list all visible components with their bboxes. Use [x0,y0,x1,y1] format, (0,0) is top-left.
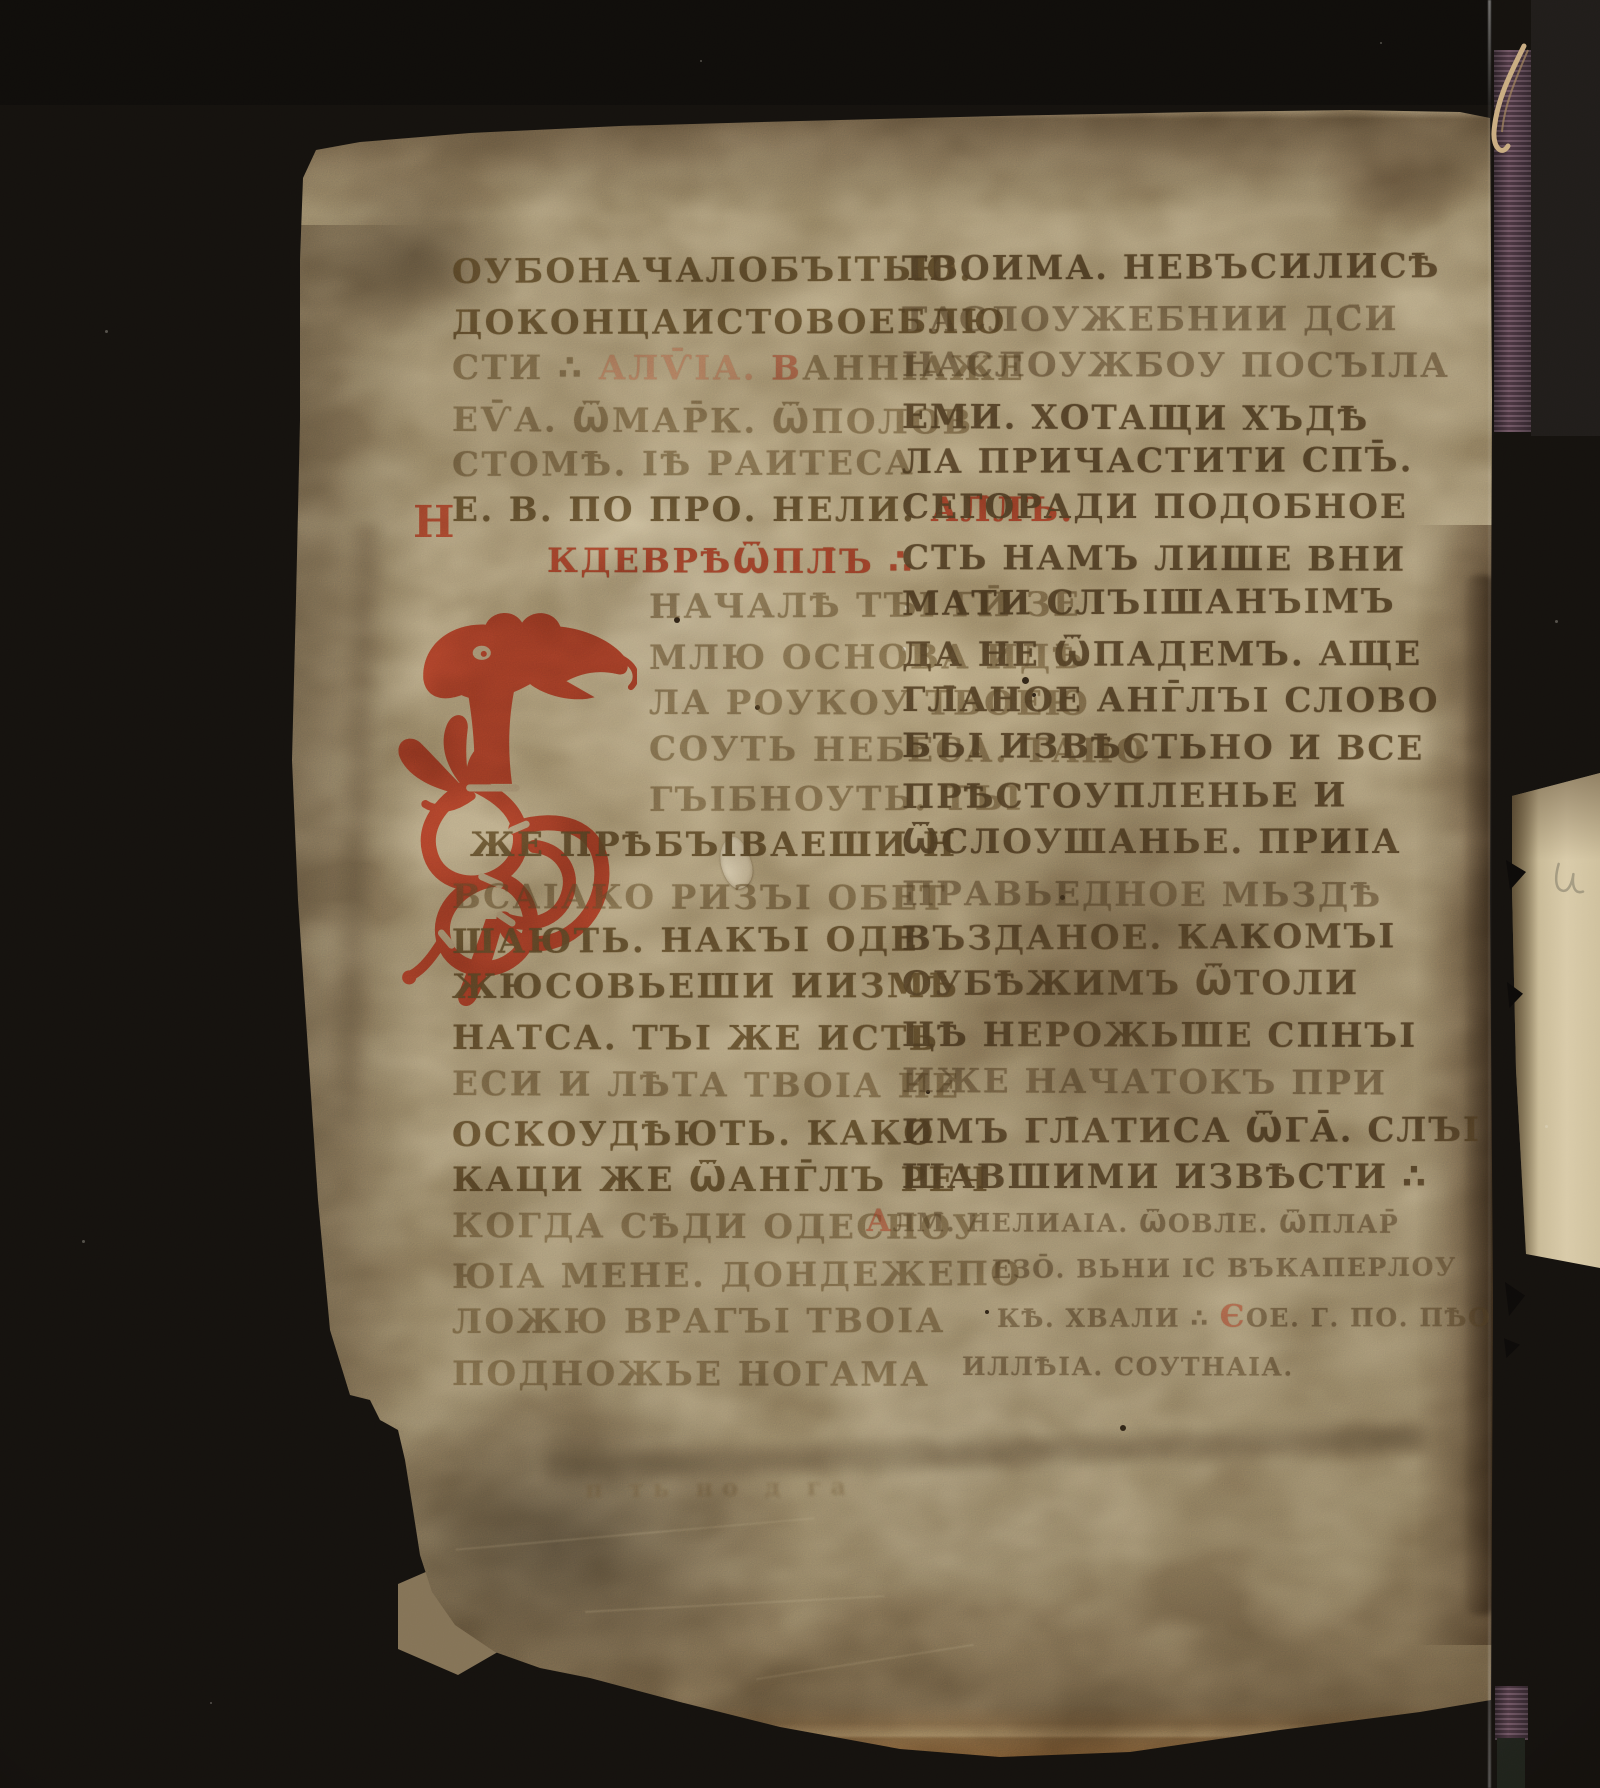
photo-grain [0,0,1600,1788]
manuscript-photo: Н [0,0,1600,1788]
